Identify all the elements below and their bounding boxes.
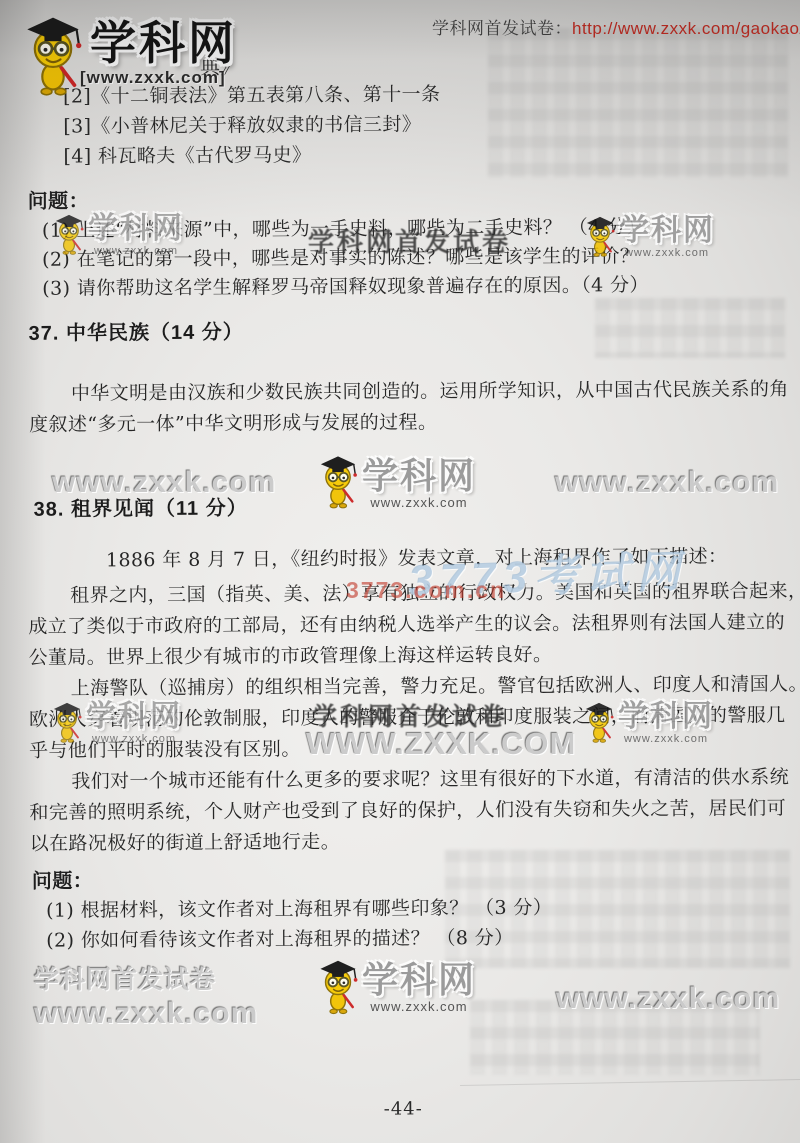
zxxk-url: www.zxxk.com <box>619 247 715 259</box>
zxxk-mascot-icon <box>316 450 360 510</box>
zxxk-logo-url: [www.zxxk.com] <box>80 68 237 88</box>
watermark-logo: 学科网 www.zxxk.com <box>52 210 184 257</box>
q38-question-item: (1) 根据材料，该文作者对上海租界有哪些印象？ （3 分） <box>46 895 552 924</box>
q38-question-item: (2) 你如何看待该文作者对上海租界的描述？ （8 分） <box>46 925 513 954</box>
zxxk-url: www.zxxk.com <box>88 245 184 257</box>
zxxk-url: www.zxxk.com <box>362 999 476 1014</box>
q37-body-line: 度叙述“多元一体”中华文明形成与发展的过程。 <box>29 409 437 437</box>
q37-body-line: 中华文明是由汉族和少数民族共同创造的。运用所学知识，从中国古代民族关系的角 <box>71 376 789 406</box>
q36-question-item: (3) 请你帮助这名学生解释罗马帝国释奴现象普遍存在的原因。（4 分） <box>42 272 649 302</box>
zxxk-wordmark: 学科网 <box>362 458 476 494</box>
source-item: [3]《小普林尼关于释放奴隶的书信三封》 <box>63 111 421 139</box>
zxxk-wordmark: 学科网 <box>90 20 237 66</box>
source-item: [4] 科瓦略夫《古代罗马史》 <box>63 142 311 170</box>
watermark-logo: 学科网 www.zxxk.com <box>50 698 182 745</box>
watermark-release-banner: 学科网首发试卷 <box>34 960 258 996</box>
q38-para3-line: 我们对一个城市还能有什么更多的要求呢？这里有很好的下水道，有清洁的供水系统 <box>71 764 789 794</box>
zxxk-wordmark: 学科网 <box>619 216 715 246</box>
zxxk-mascot-icon <box>52 210 86 256</box>
zxxk-mascot-icon <box>50 698 84 744</box>
q38-questions-label: 问题： <box>32 867 93 893</box>
q38-para3-line: 以在路况极好的街道上舒适地行走。 <box>30 829 341 857</box>
zxxk-mascot-icon <box>582 698 616 744</box>
scanned-exam-page: 典》 [2]《十二铜表法》第五表第八条、第十一条 [3]《小普林尼关于释放奴隶的… <box>0 0 800 1143</box>
watermark-logo: 学科网 www.zxxk.com <box>316 450 476 510</box>
zxxk-url: www.zxxk.com <box>86 733 182 745</box>
q38-para3-line: 和完善的照明系统，个人财产也受到了良好的保护，人们没有失窃和失火之苦，居民们可 <box>29 795 786 826</box>
watermark-url: www.zxxk.com <box>34 997 258 1031</box>
page-number: -44- <box>3 1096 800 1122</box>
watermark-release-block: 学科网首发试卷 www.zxxk.com <box>34 960 258 1031</box>
zxxk-url: www.zxxk.com <box>362 495 476 510</box>
q38-para1-line: 公董局。世界上很少有城市的市政管理像上海这样运转良好。 <box>28 642 552 671</box>
header-release-label: 学科网首发试卷： <box>432 19 572 38</box>
zxxk-wordmark: 学科网 <box>88 214 184 244</box>
site-logo: 学科网 [www.zxxk.com] <box>20 8 237 98</box>
header-release-url: http://www.zxxk.com/gaokao/ <box>572 19 800 38</box>
watermark-url: www.zxxk.com <box>52 466 276 500</box>
zxxk-url: www.zxxk.com <box>618 733 714 745</box>
q37-heading: 37. 中华民族（14 分） <box>28 320 243 347</box>
watermark-logo: 学科网 www.zxxk.com <box>316 954 476 1016</box>
watermark-release-banner: 学科网首发试卷 <box>308 222 511 259</box>
watermark-logo: 学科网 www.zxxk.com <box>582 698 714 745</box>
watermark-logo: 学科网 www.zxxk.com <box>583 212 715 259</box>
watermark-url: www.zxxk.com <box>555 466 779 500</box>
zxxk-wordmark: 学科网 <box>86 702 182 732</box>
watermark-url: www.zxxk.com <box>556 982 780 1016</box>
q38-para1-line: 成立了类似于市政府的工部局，还有由纳税人选举产生的议会。法租界则有法国人建立的 <box>28 609 785 640</box>
zxxk-mascot-icon <box>583 212 617 258</box>
header-release-line: 学科网首发试卷：http://www.zxxk.com/gaokao/ <box>432 14 800 39</box>
watermark-url-caps: WWW.ZXXK.COM <box>306 726 576 762</box>
zxxk-wordmark: 学科网 <box>362 962 476 998</box>
zxxk-mascot-icon <box>20 8 86 98</box>
3773-watermark-url: 3773.com.cn <box>346 577 506 604</box>
zxxk-wordmark: 学科网 <box>618 702 714 732</box>
zxxk-mascot-icon <box>316 954 360 1016</box>
